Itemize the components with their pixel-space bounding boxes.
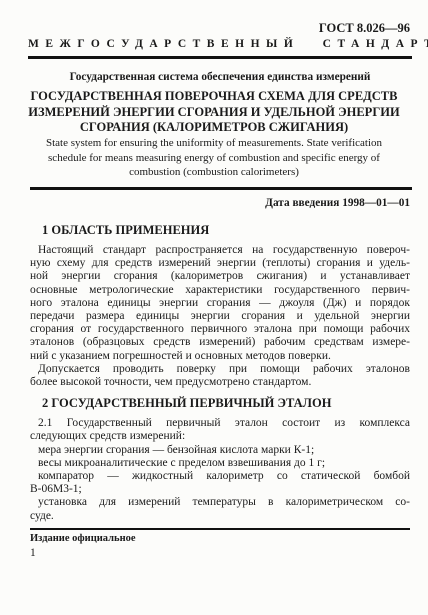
- paragraph-line: основные метрологические характеристики …: [30, 284, 410, 297]
- gsi-subtitle: Государственная система обеспечения един…: [28, 71, 412, 83]
- effective-date: Дата введения 1998—01—01: [265, 197, 410, 209]
- paragraph-2-1: 2.1 Государственный первичный эталон сос…: [30, 417, 410, 443]
- paragraph-line: сгорания от государственного первичного …: [30, 323, 410, 336]
- edition-note: Издание официальное: [30, 533, 136, 544]
- doc-title-en-line: State system for ensuring the uniformity…: [0, 136, 428, 151]
- header-rule: [28, 56, 412, 60]
- doc-number: ГОСТ 8.026—96: [319, 21, 410, 36]
- list-item-measure: мера энергии сгорания — бензойная кислот…: [30, 444, 410, 457]
- paragraph-line: Допускается проводить поверку при помощи…: [30, 363, 410, 376]
- section-2-heading: 2 ГОСУДАРСТВЕННЫЙ ПЕРВИЧНЫЙ ЭТАЛОН: [30, 396, 410, 411]
- paragraph-line: более высокой точности, чем предусмотрен…: [30, 376, 410, 389]
- doc-title-line: ГОСУДАРСТВЕННАЯ ПОВЕРОЧНАЯ СХЕМА ДЛЯ СРЕ…: [0, 89, 428, 105]
- list-item-installation: установка для измерений температуры в ка…: [30, 496, 410, 522]
- document-body: 1 ОБЛАСТЬ ПРИМЕНЕНИЯ Настоящий стандарт …: [30, 223, 410, 523]
- paragraph-line: В-06М3-1;: [30, 483, 410, 496]
- paragraph-line: ний с указанием погрешностей и основных …: [30, 350, 410, 363]
- footer-rule: [30, 528, 410, 530]
- paragraph-line: весы микроаналитические с пределом взвеш…: [30, 457, 410, 470]
- page-number: 1: [30, 547, 36, 559]
- standard-category: МЕЖГОСУДАРСТВЕННЫЙ СТАНДАРТ: [28, 38, 412, 50]
- paragraph-line: Настоящий стандарт распространяется на г…: [30, 244, 410, 257]
- list-item-comparator: компаратор — жидкостный калориметр со ст…: [30, 470, 410, 496]
- paragraph-line: передачи размера единицы энергии сгорани…: [30, 310, 410, 323]
- doc-title-line: СГОРАНИЯ (КАЛОРИМЕТРОВ СЖИГАНИЯ): [0, 120, 428, 136]
- doc-title-en-line: schedule for means measuring energy of c…: [0, 151, 428, 166]
- section-1-heading: 1 ОБЛАСТЬ ПРИМЕНЕНИЯ: [30, 223, 410, 238]
- paragraph-allowance: Допускается проводить поверку при помощи…: [30, 363, 410, 389]
- paragraph-line: мера энергии сгорания — бензойная кислот…: [30, 444, 410, 457]
- paragraph-line: следующих средств измерений:: [30, 430, 410, 443]
- paragraph-line: суде.: [30, 510, 410, 523]
- doc-title-en: State system for ensuring the uniformity…: [0, 136, 428, 180]
- paragraph-line: ной энергии сгорания (калориметров сжига…: [30, 270, 410, 283]
- paragraph-line: 2.1 Государственный первичный эталон сос…: [30, 417, 410, 430]
- paragraph-line: компаратор — жидкостный калориметр со ст…: [30, 470, 410, 483]
- paragraph-scope: Настоящий стандарт распространяется на г…: [30, 244, 410, 363]
- paragraph-line: установка для измерений температуры в ка…: [30, 496, 410, 509]
- paragraph-line: эталонов (образцовых средств измерений) …: [30, 336, 410, 349]
- doc-title-line: ИЗМЕРЕНИЙ ЭНЕРГИИ СГОРАНИЯ И УДЕЛЬНОЙ ЭН…: [0, 105, 428, 121]
- title-separator-rule: [30, 187, 412, 190]
- paragraph-line: ную схему для средств измерений энергии …: [30, 257, 410, 270]
- doc-title-ru: ГОСУДАРСТВЕННАЯ ПОВЕРОЧНАЯ СХЕМА ДЛЯ СРЕ…: [0, 89, 428, 136]
- list-item-scales: весы микроаналитические с пределом взвеш…: [30, 457, 410, 470]
- doc-title-en-line: combustion (combustion calorimeters): [0, 165, 428, 180]
- paragraph-line: ного эталона единицы энергии сгорания — …: [30, 297, 410, 310]
